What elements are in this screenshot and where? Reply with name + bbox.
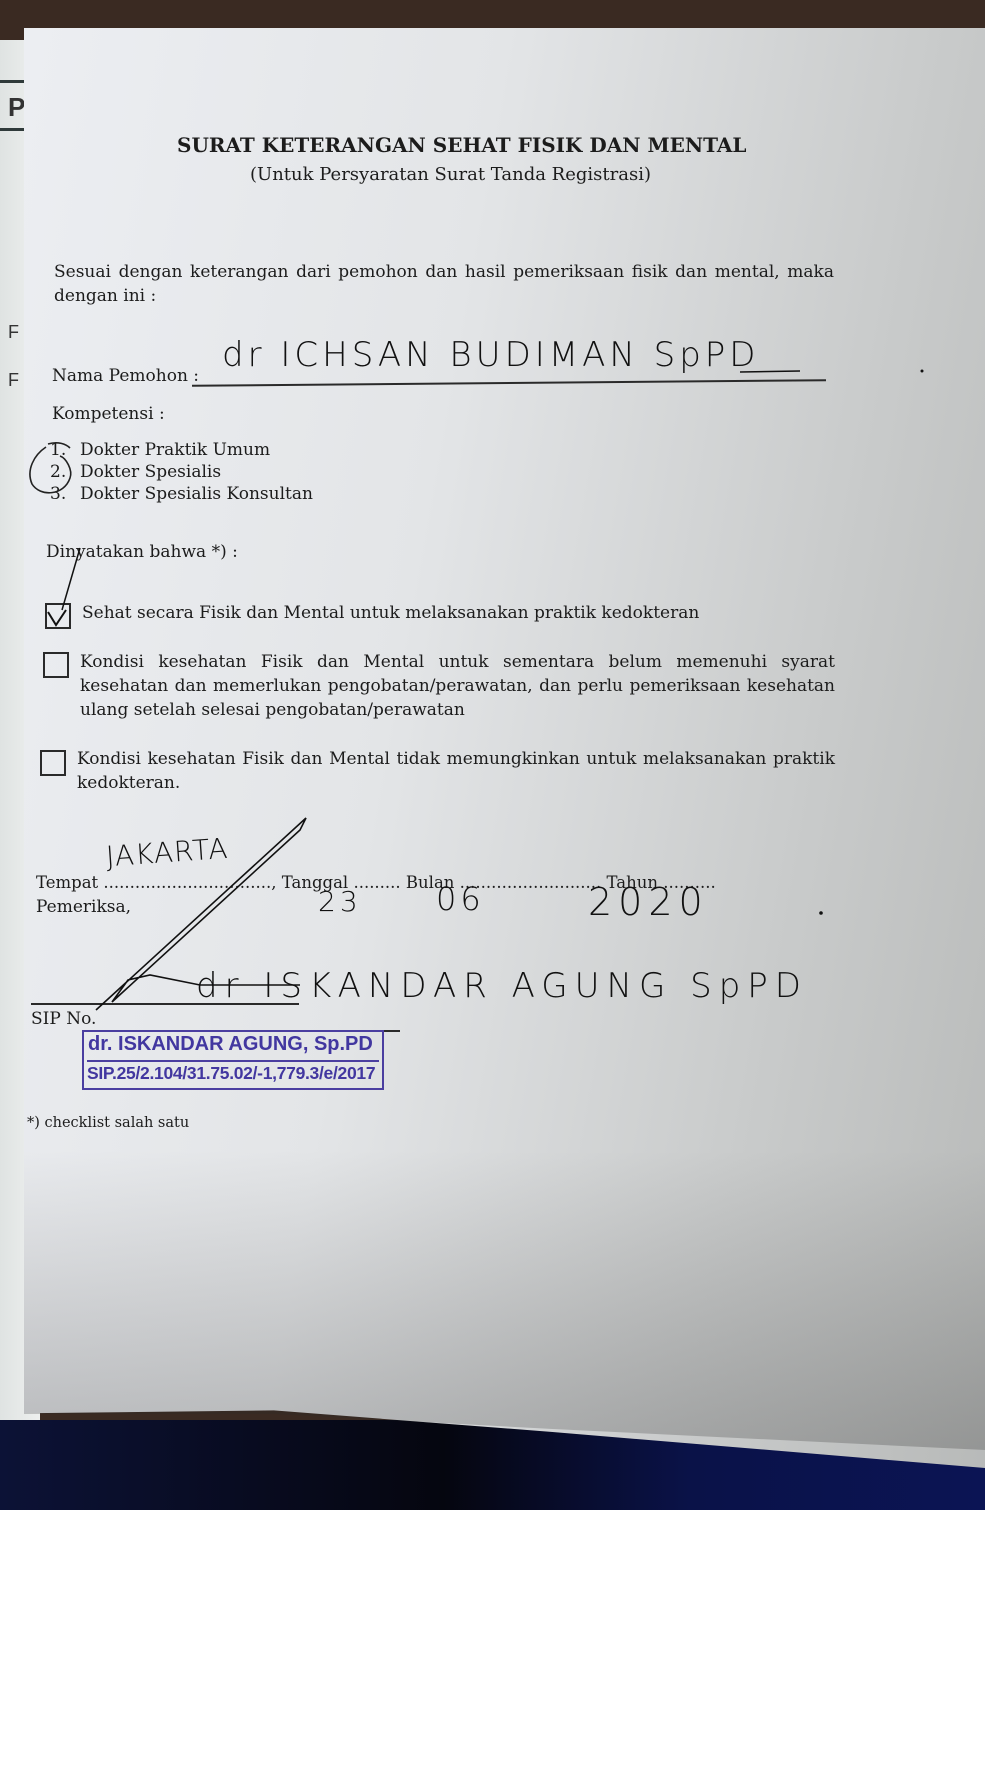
ink-dot	[819, 911, 823, 915]
pen-marks	[0, 0, 1000, 1777]
underline-mark	[740, 371, 800, 372]
competence-circle-mark	[30, 443, 71, 493]
signature-stroke	[96, 818, 306, 1010]
check-mark	[48, 610, 66, 625]
ink-dot	[921, 370, 924, 373]
check-stroke	[62, 548, 80, 610]
